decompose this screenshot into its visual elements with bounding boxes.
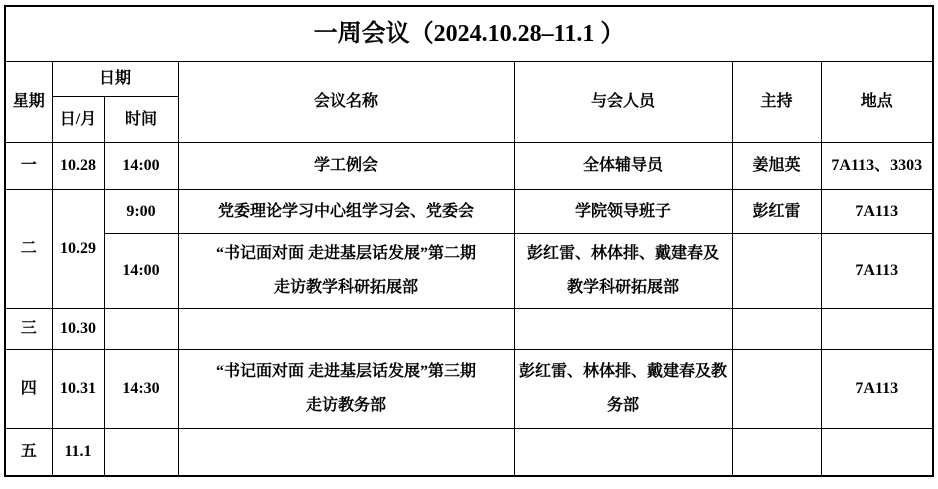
- row-thursday: 四 10.31 14:30 “书记面对面 走进基层话发展”第三期 走访教务部 彭…: [5, 350, 933, 429]
- header-attendees: 与会人员: [514, 62, 732, 143]
- date-cell: 10.29: [52, 190, 104, 309]
- weekly-meeting-page: 一周会议（2024.10.28–11.1 ） 星期 日期 会议名称 与会人员 主…: [0, 0, 938, 489]
- header-day-month: 日/月: [52, 97, 104, 143]
- attendees-cell: 彭红雷、林体排、戴建春及 教学科研拓展部: [514, 234, 732, 309]
- time-cell: 9:00: [104, 190, 178, 234]
- weekly-meeting-table: 一周会议（2024.10.28–11.1 ） 星期 日期 会议名称 与会人员 主…: [4, 5, 934, 477]
- location-cell: [821, 429, 933, 477]
- header-location: 地点: [821, 62, 933, 143]
- meeting-name-cell: “书记面对面 走进基层话发展”第二期 走访教学科研拓展部: [178, 234, 514, 309]
- date-cell: 10.31: [52, 350, 104, 429]
- row-monday: 一 10.28 14:00 学工例会 全体辅导员 姜旭英 7A113、3303: [5, 143, 933, 190]
- row-tuesday-1: 二 10.29 9:00 党委理论学习中心组学习会、党委会 学院领导班子 彭红雷…: [5, 190, 933, 234]
- attendees-cell: [514, 309, 732, 350]
- host-cell: 姜旭英: [732, 143, 821, 190]
- location-cell: 7A113: [821, 190, 933, 234]
- location-cell: [821, 309, 933, 350]
- weekday-cell: 四: [5, 350, 52, 429]
- location-cell: 7A113: [821, 234, 933, 309]
- page-title: 一周会议（2024.10.28–11.1 ）: [5, 6, 933, 62]
- time-cell: [104, 429, 178, 477]
- time-cell: 14:00: [104, 234, 178, 309]
- location-cell: 7A113: [821, 350, 933, 429]
- host-cell: [732, 234, 821, 309]
- row-friday: 五 11.1: [5, 429, 933, 477]
- weekday-cell: 五: [5, 429, 52, 477]
- date-cell: 10.30: [52, 309, 104, 350]
- header-time: 时间: [104, 97, 178, 143]
- host-cell: 彭红雷: [732, 190, 821, 234]
- meeting-name-cell: 党委理论学习中心组学习会、党委会: [178, 190, 514, 234]
- meeting-name-cell: [178, 309, 514, 350]
- weekday-cell: 二: [5, 190, 52, 309]
- host-cell: [732, 309, 821, 350]
- location-cell: 7A113、3303: [821, 143, 933, 190]
- time-cell: 14:00: [104, 143, 178, 190]
- meeting-name-cell: [178, 429, 514, 477]
- attendees-cell: 全体辅导员: [514, 143, 732, 190]
- header-row-top: 星期 日期 会议名称 与会人员 主持 地点: [5, 62, 933, 97]
- time-cell: [104, 309, 178, 350]
- attendees-cell: [514, 429, 732, 477]
- date-cell: 10.28: [52, 143, 104, 190]
- header-host: 主持: [732, 62, 821, 143]
- meeting-name-cell: 学工例会: [178, 143, 514, 190]
- weekday-cell: 三: [5, 309, 52, 350]
- date-cell: 11.1: [52, 429, 104, 477]
- header-meeting-name: 会议名称: [178, 62, 514, 143]
- attendees-cell: 学院领导班子: [514, 190, 732, 234]
- row-tuesday-2: 14:00 “书记面对面 走进基层话发展”第二期 走访教学科研拓展部 彭红雷、林…: [5, 234, 933, 309]
- host-cell: [732, 429, 821, 477]
- header-weekday: 星期: [5, 62, 52, 143]
- attendees-cell: 彭红雷、林体排、戴建春及教 务部: [514, 350, 732, 429]
- header-date-group: 日期: [52, 62, 178, 97]
- weekday-cell: 一: [5, 143, 52, 190]
- row-wednesday: 三 10.30: [5, 309, 933, 350]
- title-row: 一周会议（2024.10.28–11.1 ）: [5, 6, 933, 62]
- host-cell: [732, 350, 821, 429]
- time-cell: 14:30: [104, 350, 178, 429]
- meeting-name-cell: “书记面对面 走进基层话发展”第三期 走访教务部: [178, 350, 514, 429]
